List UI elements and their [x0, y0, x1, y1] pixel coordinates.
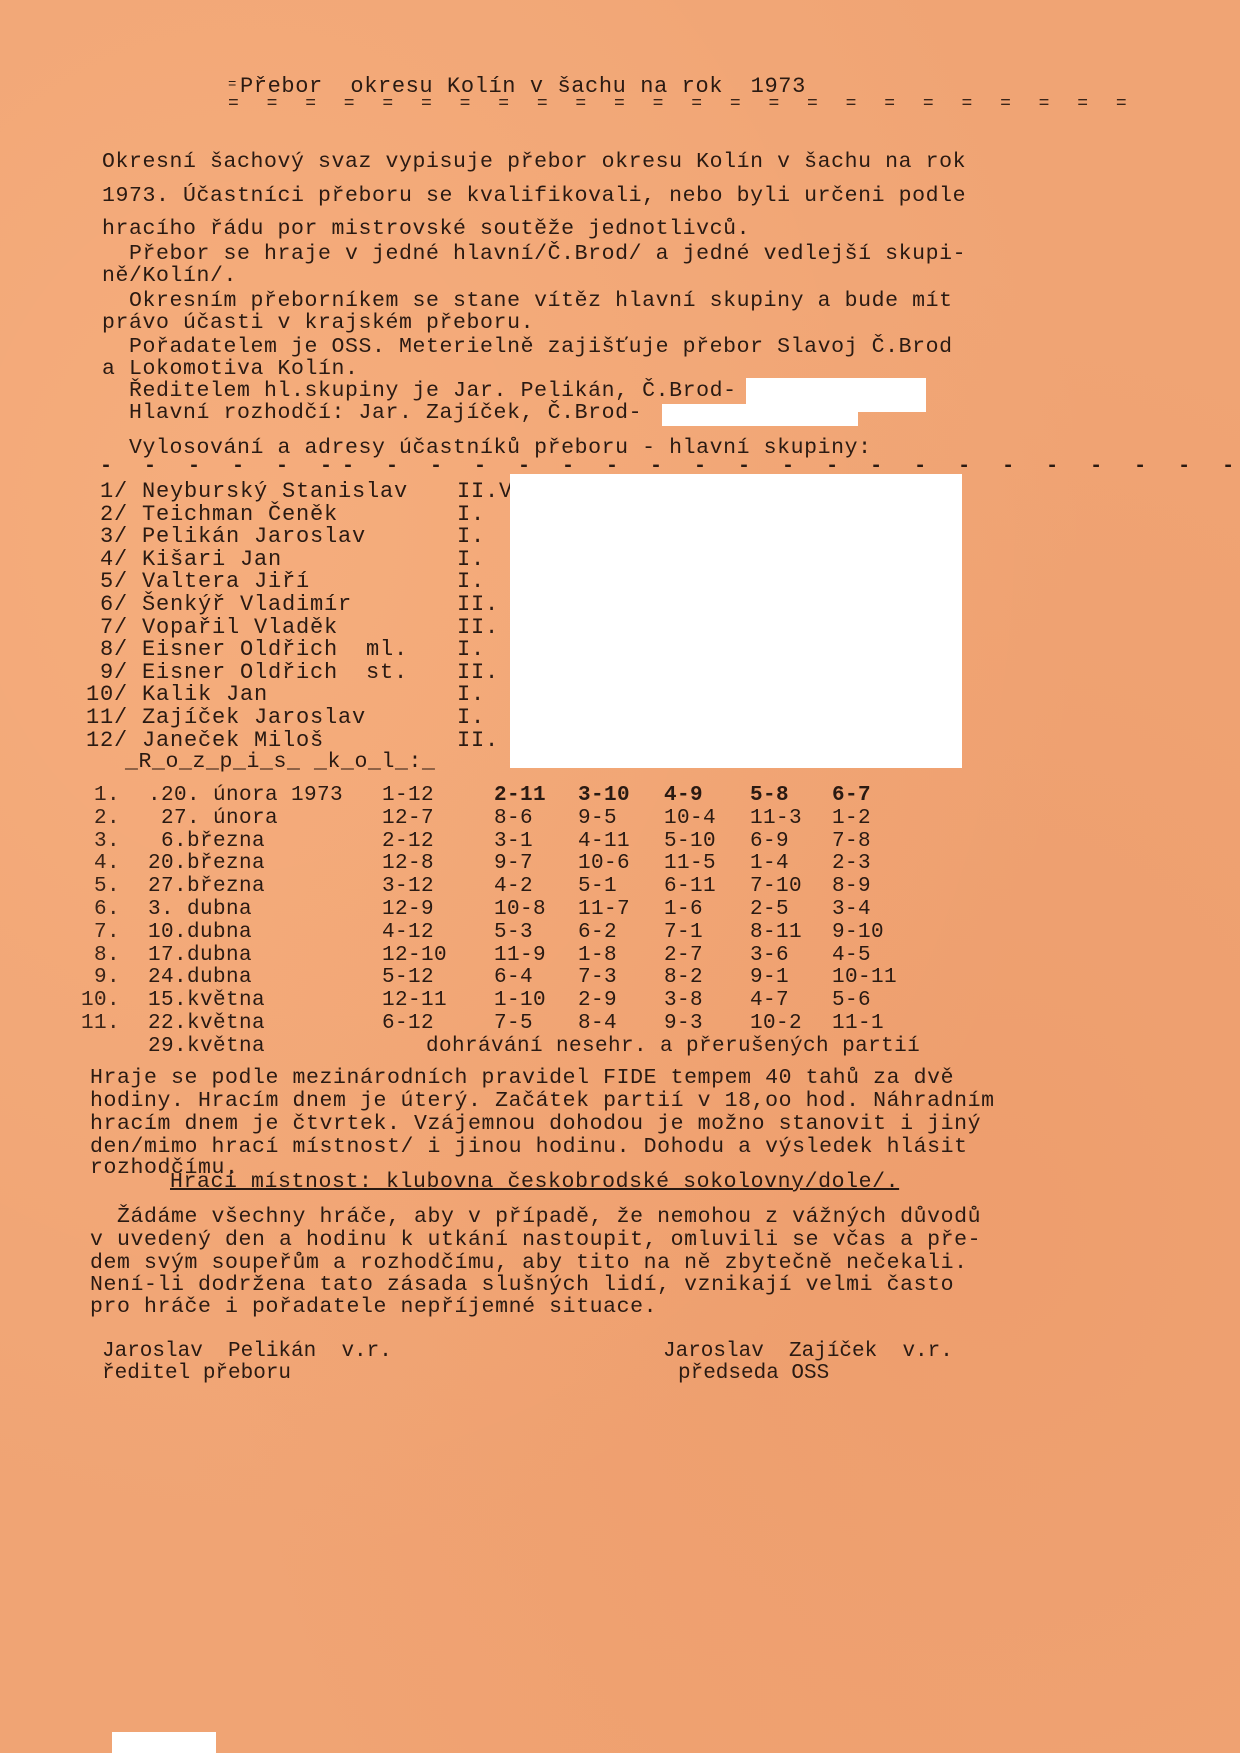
player-name: Eisner Oldřich st.	[142, 660, 408, 685]
rules-line: hracím dnem je čtvrtek. Vzájemnou dohodo…	[90, 1114, 981, 1136]
round-date: 27.března	[148, 875, 265, 898]
request-line: Žádáme všechny hráče, aby v případě, že …	[90, 1207, 981, 1229]
player-number: 8/	[82, 637, 128, 662]
player-row: 12/Janeček MilošII.	[82, 728, 324, 753]
pairing: 1-4	[750, 852, 789, 875]
round-number: 5.	[70, 875, 120, 898]
player-row: 5/Valtera JiříI.	[82, 569, 310, 594]
signature-role: ředitel přeboru	[102, 1362, 291, 1385]
title-prefix: =	[228, 78, 237, 92]
pairing: 11-3	[750, 807, 802, 830]
pairing: 1-2	[832, 807, 871, 830]
pairing: 5-8	[750, 784, 789, 807]
request-line: dem svým soupeřům a rozhodčímu, aby tito…	[90, 1253, 968, 1275]
pairing: 10-11	[832, 966, 897, 989]
pairing: 8-11	[750, 921, 802, 944]
round-number: 11.	[70, 1012, 120, 1035]
intro-line: hracího řádu por mistrovské soutěže jedn…	[102, 219, 750, 241]
pairing: 12-8	[382, 852, 434, 875]
player-name: Janeček Miloš	[142, 728, 324, 753]
player-name: Vopařil Vladěk	[142, 615, 338, 640]
player-name: Kalik Jan	[142, 682, 268, 707]
request-line: v uvedený den a hodinu k utkání nastoupi…	[90, 1230, 981, 1252]
paper-tear	[112, 1732, 216, 1753]
round-date: 27. února	[148, 807, 278, 830]
pairing: 9-3	[664, 1012, 703, 1035]
player-number: 1/	[82, 479, 128, 504]
player-number: 12/	[82, 728, 128, 753]
round-date: 24.dubna	[148, 966, 252, 989]
pairing: 4-5	[832, 944, 871, 967]
pairing: 5-3	[494, 921, 533, 944]
round-number: 4.	[70, 852, 120, 875]
pairing: 4-2	[494, 875, 533, 898]
pairing: 8-2	[664, 966, 703, 989]
player-row: 8/Eisner Oldřich ml.I.	[82, 637, 408, 662]
player-row: 3/Pelikán JaroslavI.	[82, 524, 366, 549]
champion-line: Okresním přeborníkem se stane vítěz hlav…	[102, 291, 953, 313]
pairing: 5-10	[664, 830, 716, 853]
player-number: 5/	[82, 569, 128, 594]
player-class: I.	[457, 682, 485, 707]
round-date: 17.dubna	[148, 944, 252, 967]
round-number: 6.	[70, 898, 120, 921]
pairing: 2-9	[578, 989, 617, 1012]
round-number: 9.	[70, 966, 120, 989]
pairing: 9-5	[578, 807, 617, 830]
player-class: II.	[457, 615, 499, 640]
rules-line: hodiny. Hracím dnem je úterý. Začátek pa…	[90, 1091, 995, 1113]
player-number: 3/	[82, 524, 128, 549]
title-underline: = = = = = = = = = = = = = = = = = = = = …	[228, 94, 1135, 114]
pairing: 3-12	[382, 875, 434, 898]
pairing: 6-9	[750, 830, 789, 853]
player-class: I.	[457, 569, 485, 594]
signature-name: Jaroslav Zajíček v.r.	[663, 1340, 953, 1363]
player-number: 6/	[82, 592, 128, 617]
player-class: I.	[457, 524, 485, 549]
pairing: 3-6	[750, 944, 789, 967]
player-row: 11/Zajíček JaroslavI.	[82, 705, 366, 730]
pairing: 10-2	[750, 1012, 802, 1035]
pairing: 2-5	[750, 898, 789, 921]
player-row: 4/Kišari JanI.	[82, 547, 282, 572]
pairing: 1-10	[494, 989, 546, 1012]
round-date: 3. dubna	[148, 898, 252, 921]
pairing: 4-9	[664, 784, 703, 807]
intro-line: 1973. Účastníci přeboru se kvalifikovali…	[102, 186, 966, 208]
pairing: 12-9	[382, 898, 434, 921]
round-number: 10.	[70, 989, 120, 1012]
pairing: 6-11	[664, 875, 716, 898]
pairing: 7-5	[494, 1012, 533, 1035]
round-number: 2.	[70, 807, 120, 830]
pairing: 8-6	[494, 807, 533, 830]
pairing: 7-1	[664, 921, 703, 944]
typewritten-document: = Přebor okresu Kolín v šachu na rok 197…	[0, 0, 1240, 1753]
player-number: 7/	[82, 615, 128, 640]
pairing: 6-4	[494, 966, 533, 989]
pairing: 2-7	[664, 944, 703, 967]
champion-line: právo účasti v krajském přeboru.	[102, 313, 534, 335]
round-number: 7.	[70, 921, 120, 944]
round-number: 3.	[70, 830, 120, 853]
pairing: 7-3	[578, 966, 617, 989]
pairing: 3-8	[664, 989, 703, 1012]
player-class: I.	[457, 705, 485, 730]
pairing: 6-7	[832, 784, 871, 807]
player-class: II.	[457, 728, 499, 753]
pairing: 12-11	[382, 989, 447, 1012]
player-row: 6/Šenkýř VladimírII.	[82, 592, 352, 617]
pairing: 2-3	[832, 852, 871, 875]
pairing: 3-4	[832, 898, 871, 921]
director-line: Ředitelem hl.skupiny je Jar. Pelikán, Č.…	[102, 381, 737, 403]
round-date: 10.dubna	[148, 921, 252, 944]
pairing: 5-6	[832, 989, 871, 1012]
pairing: 2-12	[382, 830, 434, 853]
request-line: Není-li dodržena tato zásada slušných li…	[90, 1275, 954, 1297]
pairing: 5-1	[578, 875, 617, 898]
pairing: 10-6	[578, 852, 630, 875]
pairing: 6-2	[578, 921, 617, 944]
pairing: 9-1	[750, 966, 789, 989]
pairing: 11-9	[494, 944, 546, 967]
player-name: Pelikán Jaroslav	[142, 524, 366, 549]
player-name: Neyburský Stanislav	[142, 479, 408, 504]
organizer-line: a Lokomotiva Kolín.	[102, 359, 359, 381]
player-name: Teichman Čeněk	[142, 502, 338, 527]
player-class: I.	[457, 637, 485, 662]
player-name: Zajíček Jaroslav	[142, 705, 366, 730]
organizer-line: Pořadatelem je OSS. Meterielně zajišťuje…	[102, 337, 953, 359]
pairing: 10-4	[664, 807, 716, 830]
pairing: 7-10	[750, 875, 802, 898]
pairing: 4-11	[578, 830, 630, 853]
player-number: 4/	[82, 547, 128, 572]
player-class: II.	[457, 592, 499, 617]
player-row: 2/Teichman ČeněkI.	[82, 502, 338, 527]
pairing: 12-10	[382, 944, 447, 967]
round-date: 6.března	[148, 830, 265, 853]
signature-name: Jaroslav Pelikán v.r.	[102, 1340, 392, 1363]
round-date: 22.května	[148, 1012, 265, 1035]
pairing: 2-11	[494, 784, 546, 807]
pairing: 3-1	[494, 830, 533, 853]
pairing: 11-5	[664, 852, 716, 875]
schedule-heading: _R_o_z_p_i_s_ _k_o_l_:_	[125, 752, 436, 774]
venue-line: Hrací místnost: klubovna českobrodské so…	[170, 1172, 899, 1194]
player-row: 9/Eisner Oldřich st.II.	[82, 660, 408, 685]
pairing: 10-8	[494, 898, 546, 921]
pairing: 1-8	[578, 944, 617, 967]
round-number: 1.	[70, 784, 120, 807]
pairing: 1-12	[382, 784, 434, 807]
pairing: 5-12	[382, 966, 434, 989]
player-row: 10/Kalik JanI.	[82, 682, 268, 707]
pairing: 4-12	[382, 921, 434, 944]
round-date: 15.května	[148, 989, 265, 1012]
pairing: 9-10	[832, 921, 884, 944]
pairing: 8-9	[832, 875, 871, 898]
rules-line: Hraje se podle mezinárodních pravidel FI…	[90, 1068, 954, 1090]
round-date: .20. února 1973	[148, 784, 343, 807]
player-number: 2/	[82, 502, 128, 527]
pairing: 11-7	[578, 898, 630, 921]
player-name: Eisner Oldřich ml.	[142, 637, 408, 662]
pairing: 12-7	[382, 807, 434, 830]
round-date: 20.března	[148, 852, 265, 875]
groups-line: ně/Kolín/.	[102, 266, 237, 288]
pairing: 6-12	[382, 1012, 434, 1035]
round-date: 29.května	[148, 1035, 265, 1058]
player-class: I.	[457, 502, 485, 527]
signature-role: předseda OSS	[678, 1362, 829, 1385]
player-name: Šenkýř Vladimír	[142, 592, 352, 617]
pairing: 3-10	[578, 784, 630, 807]
pairing: 9-7	[494, 852, 533, 875]
intro-line: Okresní šachový svaz vypisuje přebor okr…	[102, 152, 966, 174]
player-class: II.	[457, 660, 499, 685]
player-row: 1/Neyburský StanislavII.VT	[82, 479, 408, 504]
player-name: Kišari Jan	[142, 547, 282, 572]
pairing: 11-1	[832, 1012, 884, 1035]
player-name: Valtera Jiří	[142, 569, 310, 594]
pairing: 1-6	[664, 898, 703, 921]
pairing: 4-7	[750, 989, 789, 1012]
redacted-addresses	[510, 474, 962, 768]
round-number: 8.	[70, 944, 120, 967]
pairing: 8-4	[578, 1012, 617, 1035]
groups-line: Přebor se hraje v jedné hlavní/Č.Brod/ a…	[102, 244, 966, 266]
player-number: 10/	[82, 682, 128, 707]
referee-line: Hlavní rozhodčí: Jar. Zajíček, Č.Brod-	[102, 403, 642, 425]
redaction-box	[662, 404, 858, 426]
player-number: 11/	[82, 705, 128, 730]
pairing: 7-8	[832, 830, 871, 853]
player-number: 9/	[82, 660, 128, 685]
request-line: pro hráče i pořadatele nepříjemné situac…	[90, 1297, 657, 1319]
final-note: dohrávání nesehr. a přerušených partií	[426, 1035, 920, 1058]
player-row: 7/Vopařil VladěkII.	[82, 615, 338, 640]
player-class: I.	[457, 547, 485, 572]
